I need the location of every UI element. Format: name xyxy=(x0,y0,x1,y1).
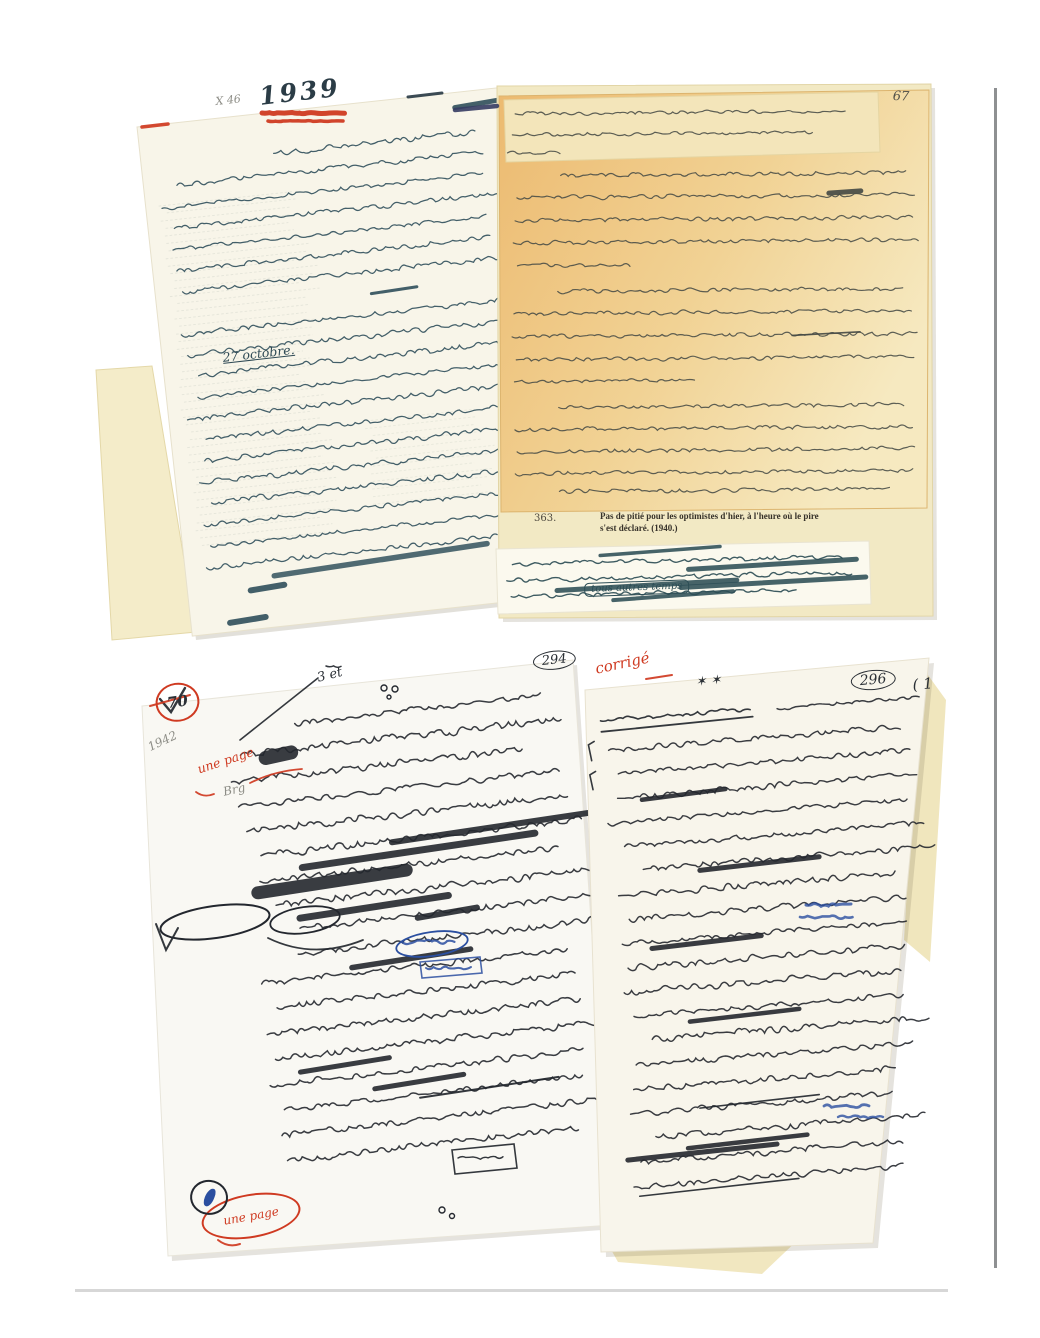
album-scan-page: X 46 1939 27 octobre. 67 363. Pas de pit… xyxy=(0,0,1040,1338)
pencil-mark: X 46 xyxy=(215,93,241,107)
pasted-strip-top xyxy=(504,92,880,162)
corner-numbering: ( 1 xyxy=(912,676,933,693)
draft-left-handwriting xyxy=(0,0,1040,1338)
circled-folio-294: 294 xyxy=(532,649,577,672)
orange-manuscript-sheet xyxy=(499,90,929,512)
red-top-note: corrigé xyxy=(594,651,651,677)
pencil-year-note: 1942 xyxy=(146,729,179,753)
orange-sheet-handwriting xyxy=(0,0,1040,1338)
red-circled-number-value: 70 xyxy=(166,693,189,711)
date-entry: 27 octobre. xyxy=(222,344,295,365)
diary-1939-handwriting xyxy=(0,0,1040,1338)
ink-annotations-overlay xyxy=(0,0,1040,1338)
pasted-strip-white xyxy=(496,541,871,614)
corner-folio-number: 67 xyxy=(893,90,910,104)
tan-sheet-behind xyxy=(96,366,196,640)
draft-page-left xyxy=(0,0,1040,1338)
top-manuscript-papers xyxy=(0,0,1040,1338)
draft-left-sheet xyxy=(142,660,612,1256)
vertical-page-rule xyxy=(994,88,997,1268)
red-circled-number: 70 xyxy=(153,680,202,725)
star-marks: ✶✶ xyxy=(695,673,726,689)
boxed-annotation: tous autres temps xyxy=(584,579,690,597)
pencil-initials: Brg xyxy=(222,781,246,797)
red-ellipse-note-value: une page xyxy=(222,1205,279,1227)
printed-caption: Pas de pitié pour les optimistes d'hier,… xyxy=(600,511,870,534)
ink-top-note: 3 et xyxy=(316,666,344,685)
caption-line-2: s'est déclaré. (1940.) xyxy=(600,523,870,535)
draft-right-handwriting xyxy=(0,0,1040,1338)
album-backing xyxy=(497,84,933,618)
caption-line-1: Pas de pitié pour les optimistes d'hier,… xyxy=(600,511,870,523)
draft-right-sheet xyxy=(585,658,929,1252)
tan-sliver-right xyxy=(904,664,946,962)
horizontal-page-rule xyxy=(75,1289,948,1292)
blue-ink-blot xyxy=(201,1187,216,1208)
tan-wedge-bottom xyxy=(600,1230,802,1274)
draft-page-right xyxy=(0,0,1040,1338)
figure-number: 363. xyxy=(534,514,556,524)
circled-folio-296: 296 xyxy=(850,668,896,692)
diary-1939-sheet xyxy=(137,87,560,636)
year-heading: 1939 xyxy=(258,75,342,109)
album-backing-and-orange-sheet xyxy=(0,0,1040,1338)
red-margin-note: une page xyxy=(196,746,255,776)
